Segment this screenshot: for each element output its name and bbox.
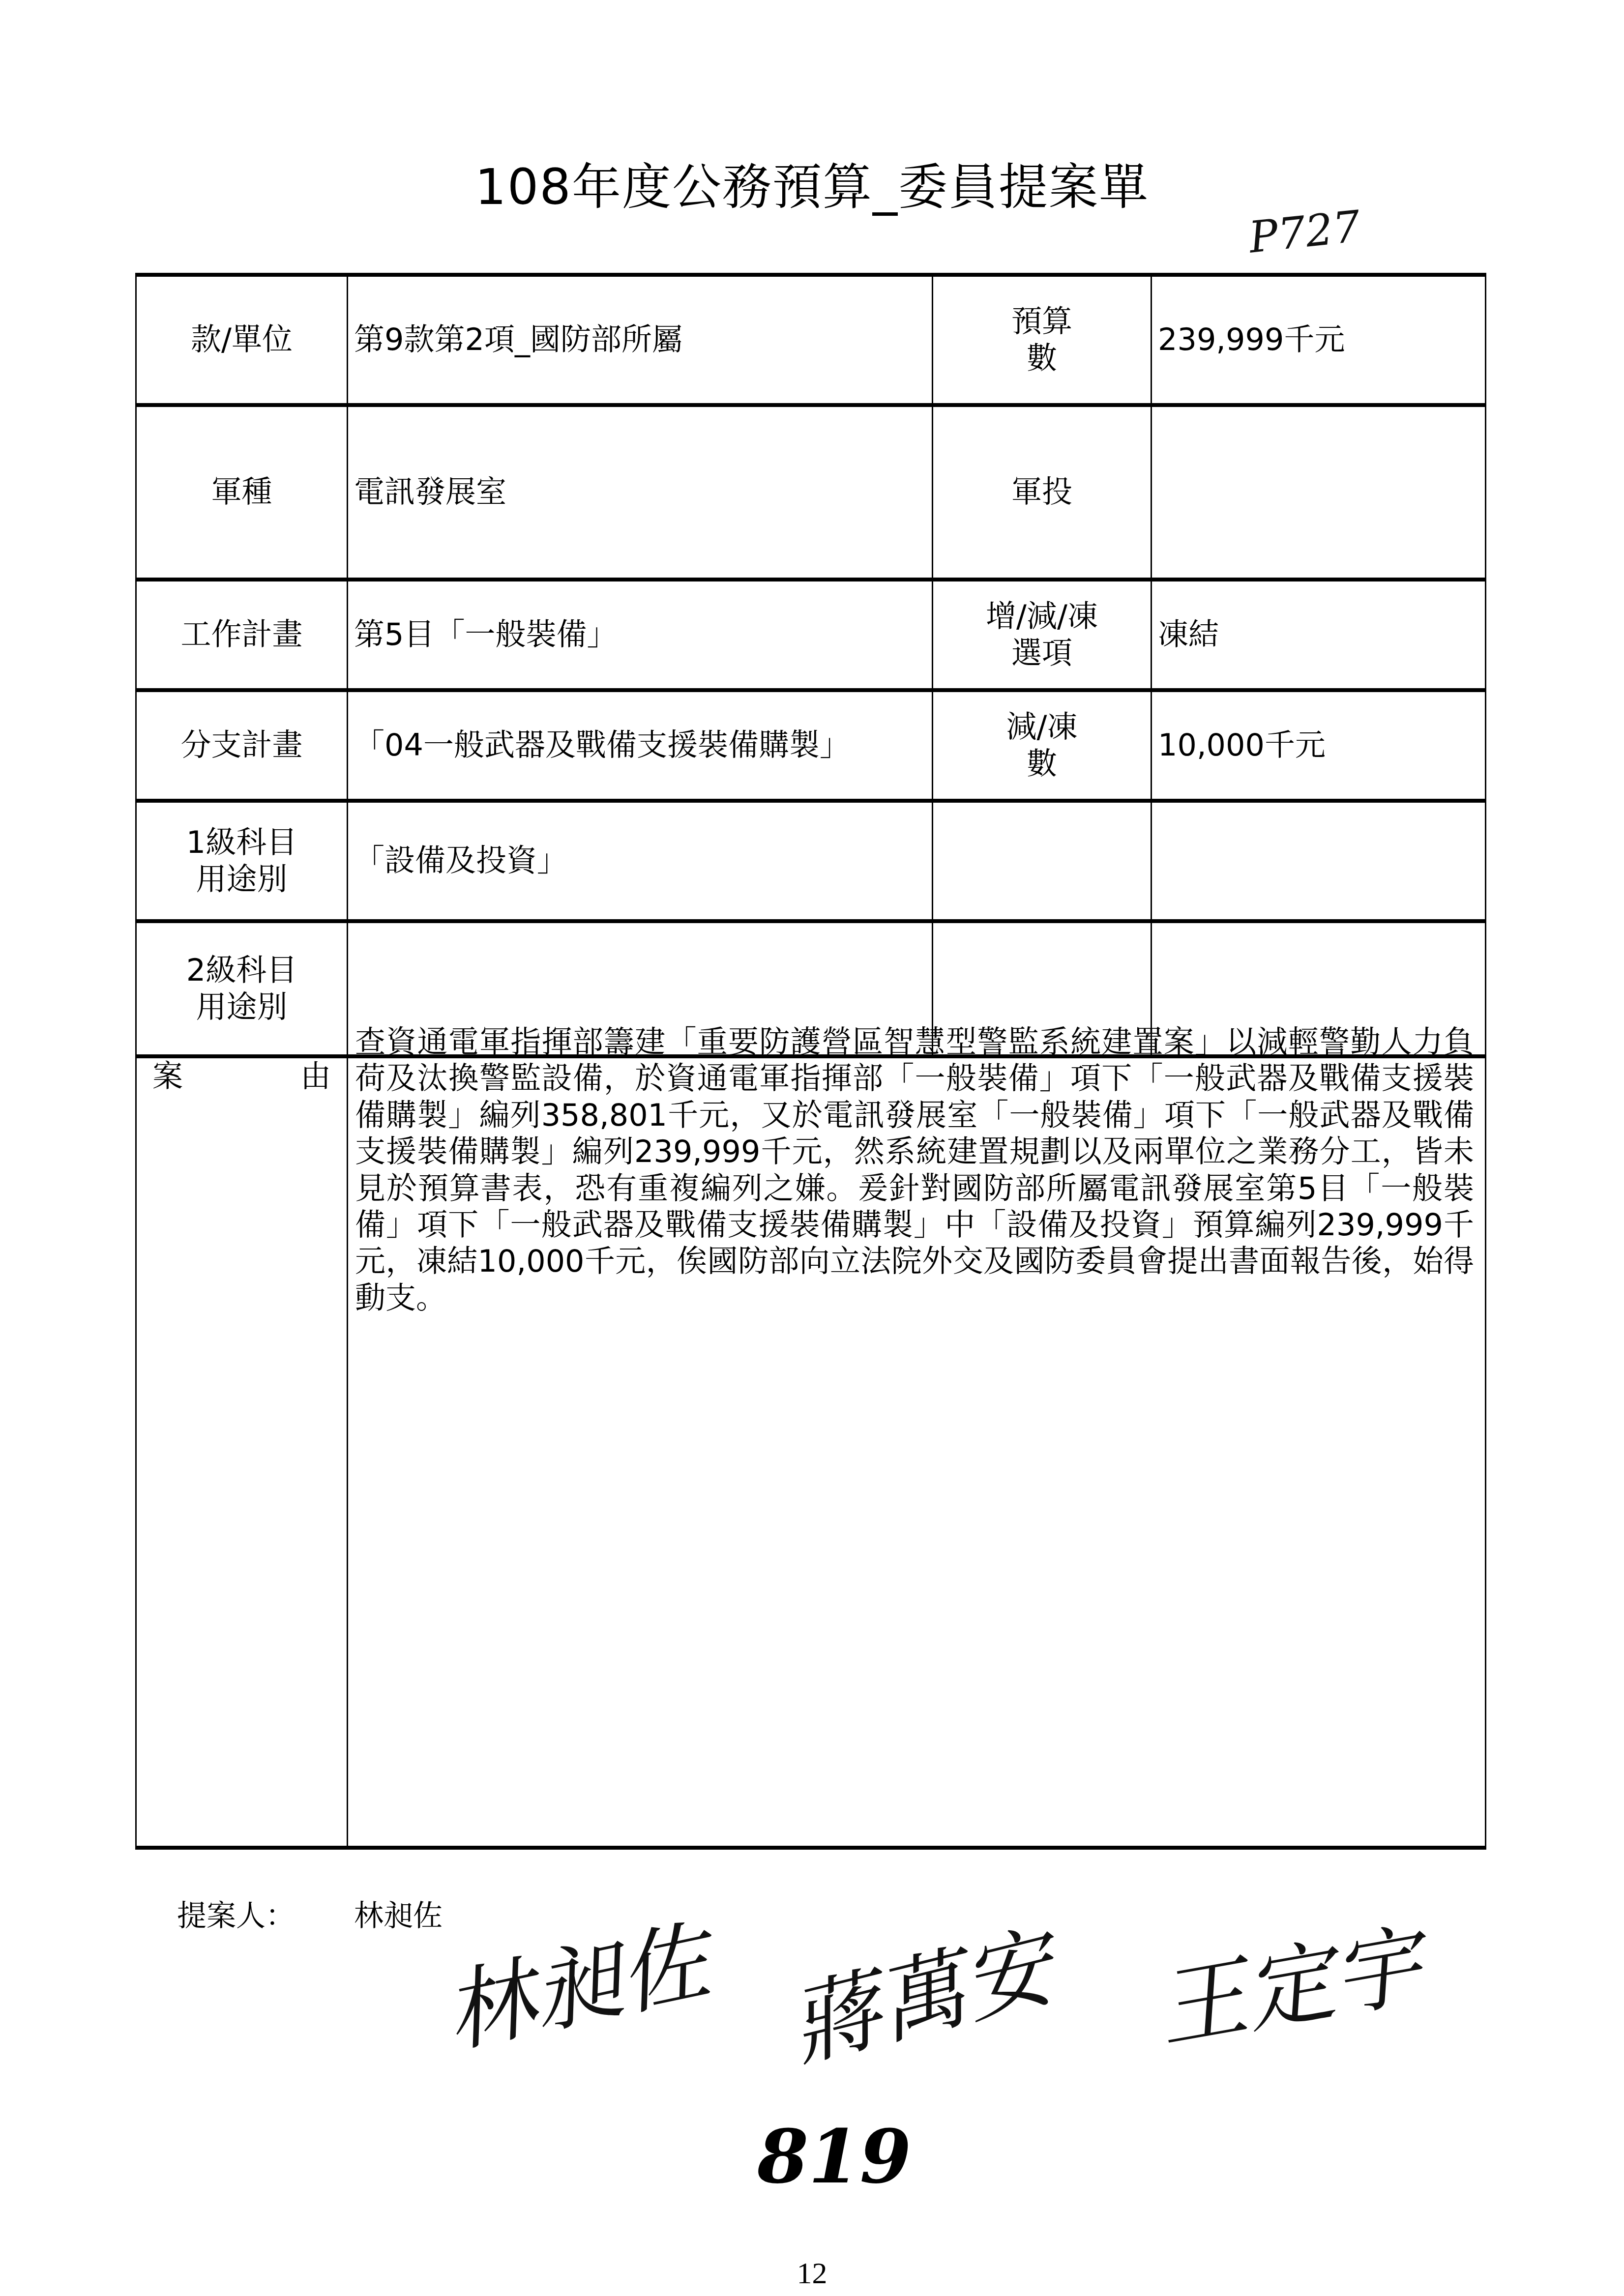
label-reduce-freeze-amount: 減/凍 數 bbox=[933, 690, 1152, 801]
label-line: 預算 bbox=[939, 303, 1145, 340]
label-sub-plan: 分支計畫 bbox=[136, 690, 348, 801]
row-level1-subject: 1級科目 用途別 「設備及投資」 bbox=[136, 801, 1486, 921]
row-reason: 案由 查資通電軍指揮部籌建「重要防護營區智慧型警監系統建置案」以減輕警勤人力負荷… bbox=[136, 1056, 1486, 1848]
label-line: 數 bbox=[939, 340, 1145, 377]
value-military-investment bbox=[1152, 405, 1486, 580]
value-action-option: 凍結 bbox=[1152, 580, 1486, 690]
row-service: 軍種 電訊發展室 軍投 bbox=[136, 405, 1486, 580]
label-line: 用途別 bbox=[143, 989, 341, 1025]
label-level1-subject: 1級科目 用途別 bbox=[136, 801, 348, 921]
label-budget-amount: 預算 數 bbox=[933, 275, 1152, 405]
proposer-label: 提案人： bbox=[177, 1892, 295, 1935]
value-budget-amount: 239,999千元 bbox=[1152, 275, 1486, 405]
label-level2-subject: 2級科目 用途別 bbox=[136, 921, 348, 1056]
label-line: 增/減/凍 bbox=[939, 598, 1145, 635]
label-line: 1級科目 bbox=[143, 824, 341, 861]
document-title: 108年度公務預算_委員提案單 bbox=[0, 147, 1624, 218]
label-action-option: 增/減/凍 選項 bbox=[933, 580, 1152, 690]
signature-area: 林昶佐 蔣萬安 王定宇 bbox=[443, 1858, 1500, 2114]
value-work-plan: 第5目「一般裝備」 bbox=[348, 580, 933, 690]
label-service: 軍種 bbox=[136, 405, 348, 580]
reason-text: 查資通電軍指揮部籌建「重要防護營區智慧型警監系統建置案」以減輕警勤人力負荷及汰換… bbox=[355, 1024, 1474, 1316]
label-char: 案 bbox=[152, 1058, 183, 1095]
label-line: 數 bbox=[939, 746, 1145, 782]
label-line: 用途別 bbox=[143, 861, 341, 898]
empty-cell bbox=[933, 801, 1152, 921]
proposer-name: 林昶佐 bbox=[354, 1892, 443, 1935]
value-unit: 第9款第2項_國防部所屬 bbox=[348, 275, 933, 405]
value-service: 電訊發展室 bbox=[348, 405, 933, 580]
reason-text-cell: 查資通電軍指揮部籌建「重要防護營區智慧型警監系統建置案」以減輕警勤人力負荷及汰換… bbox=[348, 1056, 1486, 1848]
page-number: 12 bbox=[0, 2256, 1624, 2291]
label-line: 減/凍 bbox=[939, 709, 1145, 745]
label-char: 由 bbox=[300, 1058, 331, 1095]
row-work-plan: 工作計畫 第5目「一般裝備」 增/減/凍 選項 凍結 bbox=[136, 580, 1486, 690]
label-line: 2級科目 bbox=[143, 952, 341, 988]
proposal-form-table: 款/單位 第9款第2項_國防部所屬 預算 數 239,999千元 軍種 電訊發展… bbox=[135, 273, 1486, 1850]
signature-3: 王定宇 bbox=[1147, 1895, 1430, 2066]
handwritten-number: 819 bbox=[757, 2114, 911, 2200]
row-unit: 款/單位 第9款第2項_國防部所屬 預算 數 239,999千元 bbox=[136, 275, 1486, 405]
empty-cell bbox=[1152, 801, 1486, 921]
handwritten-page-mark: P727 bbox=[1246, 201, 1363, 262]
label-line: 選項 bbox=[939, 635, 1145, 671]
signature-2: 蔣萬安 bbox=[775, 1897, 1063, 2084]
value-reduce-freeze-amount: 10,000千元 bbox=[1152, 690, 1486, 801]
label-reason: 案由 bbox=[136, 1056, 348, 1848]
label-military-investment: 軍投 bbox=[933, 405, 1152, 580]
label-unit: 款/單位 bbox=[136, 275, 348, 405]
value-sub-plan: 「04一般武器及戰備支援裝備購製」 bbox=[348, 690, 933, 801]
label-work-plan: 工作計畫 bbox=[136, 580, 348, 690]
value-level1-subject: 「設備及投資」 bbox=[348, 801, 933, 921]
row-sub-plan: 分支計畫 「04一般武器及戰備支援裝備購製」 減/凍 數 10,000千元 bbox=[136, 690, 1486, 801]
signature-1: 林昶佐 bbox=[432, 1891, 718, 2070]
